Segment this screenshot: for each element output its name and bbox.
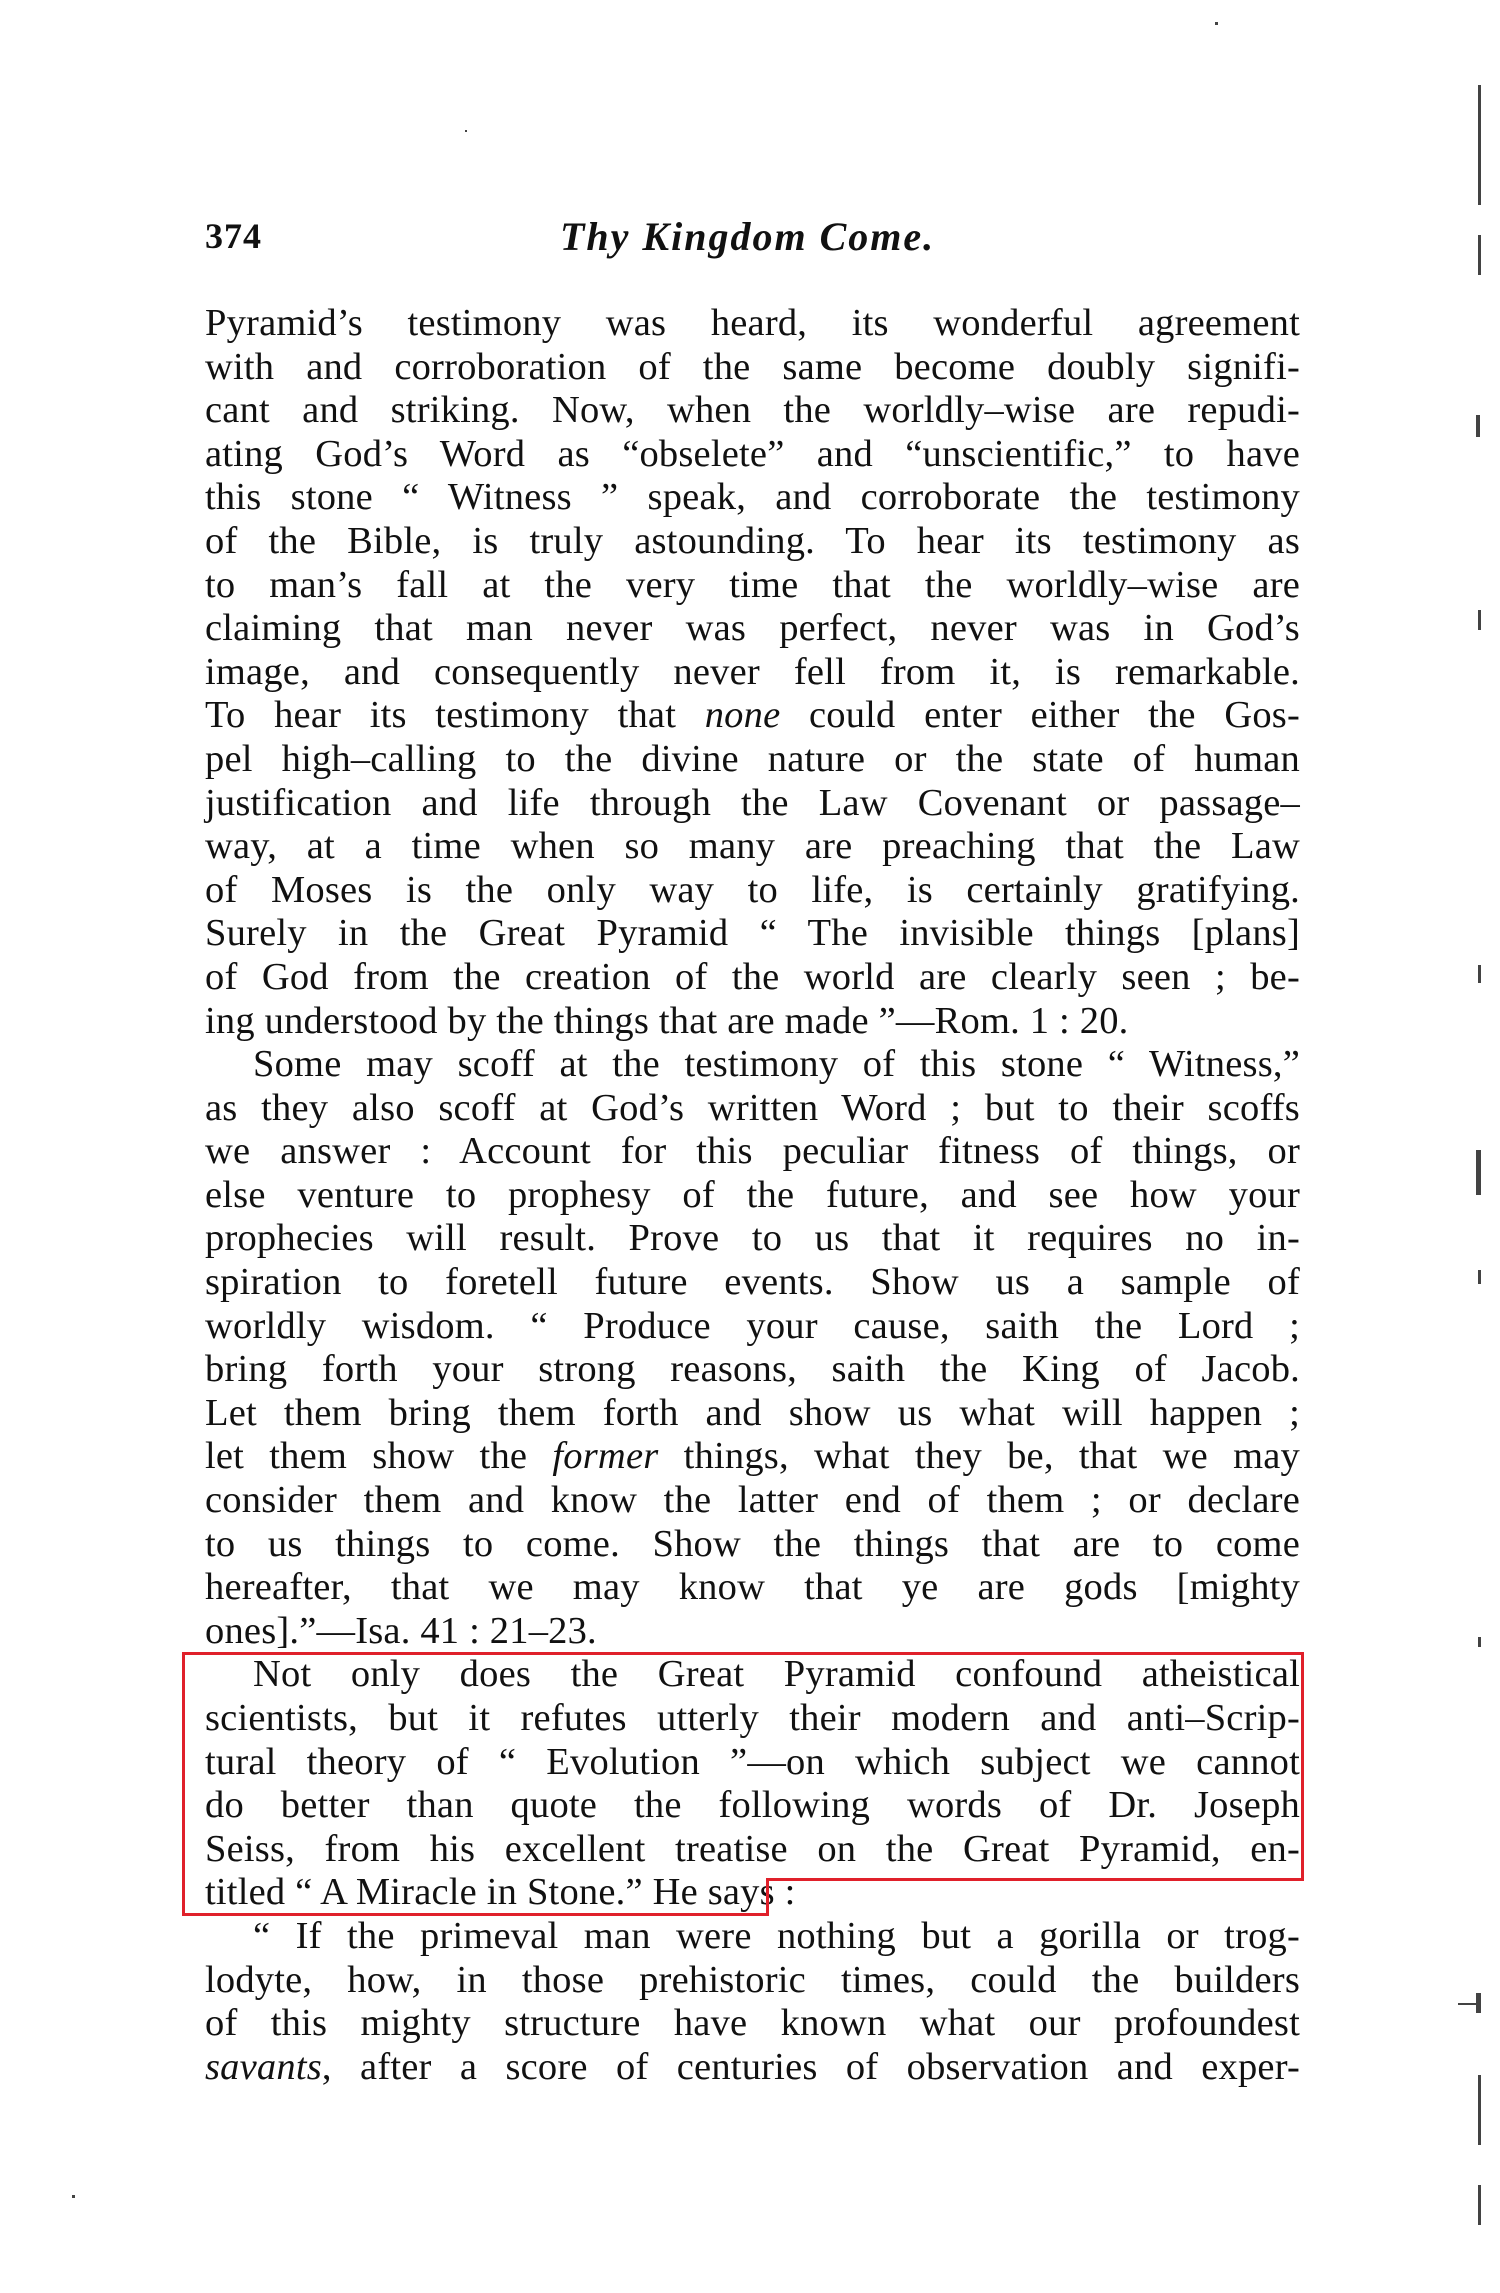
text-line: ating God’s Word as “obselete” and “unsc… xyxy=(205,433,1300,477)
scan-artifact-mark xyxy=(1478,235,1481,275)
highlight-box-right-edge xyxy=(1301,1652,1304,1881)
scan-artifact-mark xyxy=(1476,1150,1481,1195)
scan-artifact-mark xyxy=(1478,1270,1481,1284)
text-line: of this mighty structure have known what… xyxy=(205,2002,1300,2046)
scan-artifact-mark xyxy=(1476,1993,1481,2013)
italic-emphasis: none xyxy=(705,694,781,736)
scan-artifact-mark xyxy=(1478,2185,1481,2225)
italic-emphasis: former xyxy=(552,1435,658,1477)
text-line: hereafter, that we may know that ye are … xyxy=(205,1566,1300,1610)
text-line: Some may scoff at the testimony of this … xyxy=(205,1043,1300,1087)
text-line: scientists, but it refutes utterly their… xyxy=(205,1697,1300,1741)
italic-emphasis: savants xyxy=(205,2046,322,2088)
text-line: worldly wisdom. “ Produce your cause, sa… xyxy=(205,1305,1300,1349)
text-line: Let them bring them forth and show us wh… xyxy=(205,1392,1300,1436)
scan-artifact-dot xyxy=(465,130,467,132)
scan-artifact-mark xyxy=(1476,415,1480,437)
scanned-book-page: 374 Thy Kingdom Come. Pyramid’s testimon… xyxy=(0,0,1500,2293)
text-line: consider them and know the latter end of… xyxy=(205,1479,1300,1523)
text-line: tural theory of “ Evolution ”—on which s… xyxy=(205,1741,1300,1785)
scan-artifact-dot xyxy=(72,2195,75,2198)
text-line: as they also scoff at God’s written Word… xyxy=(205,1087,1300,1131)
text-run: , after a score of centuries of observat… xyxy=(322,2046,1300,2088)
text-line: of Moses is the only way to life, is cer… xyxy=(205,869,1300,913)
text-line: prophecies will result. Prove to us that… xyxy=(205,1217,1300,1261)
text-line: To hear its testimony that none could en… xyxy=(205,694,1300,738)
text-line: lodyte, how, in those prehistoric times,… xyxy=(205,1959,1300,2003)
scan-artifact-mark xyxy=(1478,1637,1481,1647)
text-line: to man’s fall at the very time that the … xyxy=(205,564,1300,608)
text-line: cant and striking. Now, when the worldly… xyxy=(205,389,1300,433)
scan-artifact-mark xyxy=(1478,2075,1481,2145)
highlight-box-left-edge xyxy=(182,1652,185,1916)
text-line: titled “ A Miracle in Stone.” He says : xyxy=(205,1871,1300,1915)
text-line: to us things to come. Show the things th… xyxy=(205,1523,1300,1567)
text-line: image, and consequently never fell from … xyxy=(205,651,1300,695)
scan-artifact-mark xyxy=(1478,85,1481,205)
text-line: we answer : Account for this peculiar fi… xyxy=(205,1130,1300,1174)
text-line: ones].”—Isa. 41 : 21–23. xyxy=(205,1610,1300,1654)
text-line: let them show the former things, what th… xyxy=(205,1435,1300,1479)
text-line: bring forth your strong reasons, saith t… xyxy=(205,1348,1300,1392)
text-line: spiration to foretell future events. Sho… xyxy=(205,1261,1300,1305)
scan-artifact-mark xyxy=(1458,2003,1476,2005)
scan-artifact-mark xyxy=(1478,610,1481,630)
text-line: else venture to prophesy of the future, … xyxy=(205,1174,1300,1218)
scan-artifact-mark xyxy=(1478,965,1481,983)
text-line: of God from the creation of the world ar… xyxy=(205,956,1300,1000)
text-line: Pyramid’s testimony was heard, its wonde… xyxy=(205,302,1300,346)
text-line: pel high–calling to the divine nature or… xyxy=(205,738,1300,782)
text-line: Seiss, from his excellent treatise on th… xyxy=(205,1828,1300,1872)
text-run: could enter either the Gos- xyxy=(780,694,1300,736)
text-line: ing understood by the things that are ma… xyxy=(205,1000,1300,1044)
text-line: savants, after a score of centuries of o… xyxy=(205,2046,1300,2090)
text-line: justification and life through the Law C… xyxy=(205,782,1300,826)
text-line: do better than quote the following words… xyxy=(205,1784,1300,1828)
text-line: this stone “ Witness ” speak, and corrob… xyxy=(205,476,1300,520)
text-line: with and corroboration of the same becom… xyxy=(205,346,1300,390)
page-number: 374 xyxy=(205,215,262,257)
body-text: Pyramid’s testimony was heard, its wonde… xyxy=(205,302,1300,2089)
text-line: of the Bible, is truly astounding. To he… xyxy=(205,520,1300,564)
text-run: To hear its testimony that xyxy=(205,694,705,736)
text-line: Not only does the Great Pyramid confound… xyxy=(205,1653,1300,1697)
running-head: 374 Thy Kingdom Come. xyxy=(205,215,1300,265)
text-run: things, what they be, that we may xyxy=(658,1435,1300,1477)
text-line: Surely in the Great Pyramid “ The invisi… xyxy=(205,912,1300,956)
text-run: let them show the xyxy=(205,1435,552,1477)
text-line: claiming that man never was perfect, nev… xyxy=(205,607,1300,651)
text-line: “ If the primeval man were nothing but a… xyxy=(205,1915,1300,1959)
running-title: Thy Kingdom Come. xyxy=(560,213,935,260)
text-line: way, at a time when so many are preachin… xyxy=(205,825,1300,869)
scan-artifact-dot xyxy=(1215,22,1218,25)
